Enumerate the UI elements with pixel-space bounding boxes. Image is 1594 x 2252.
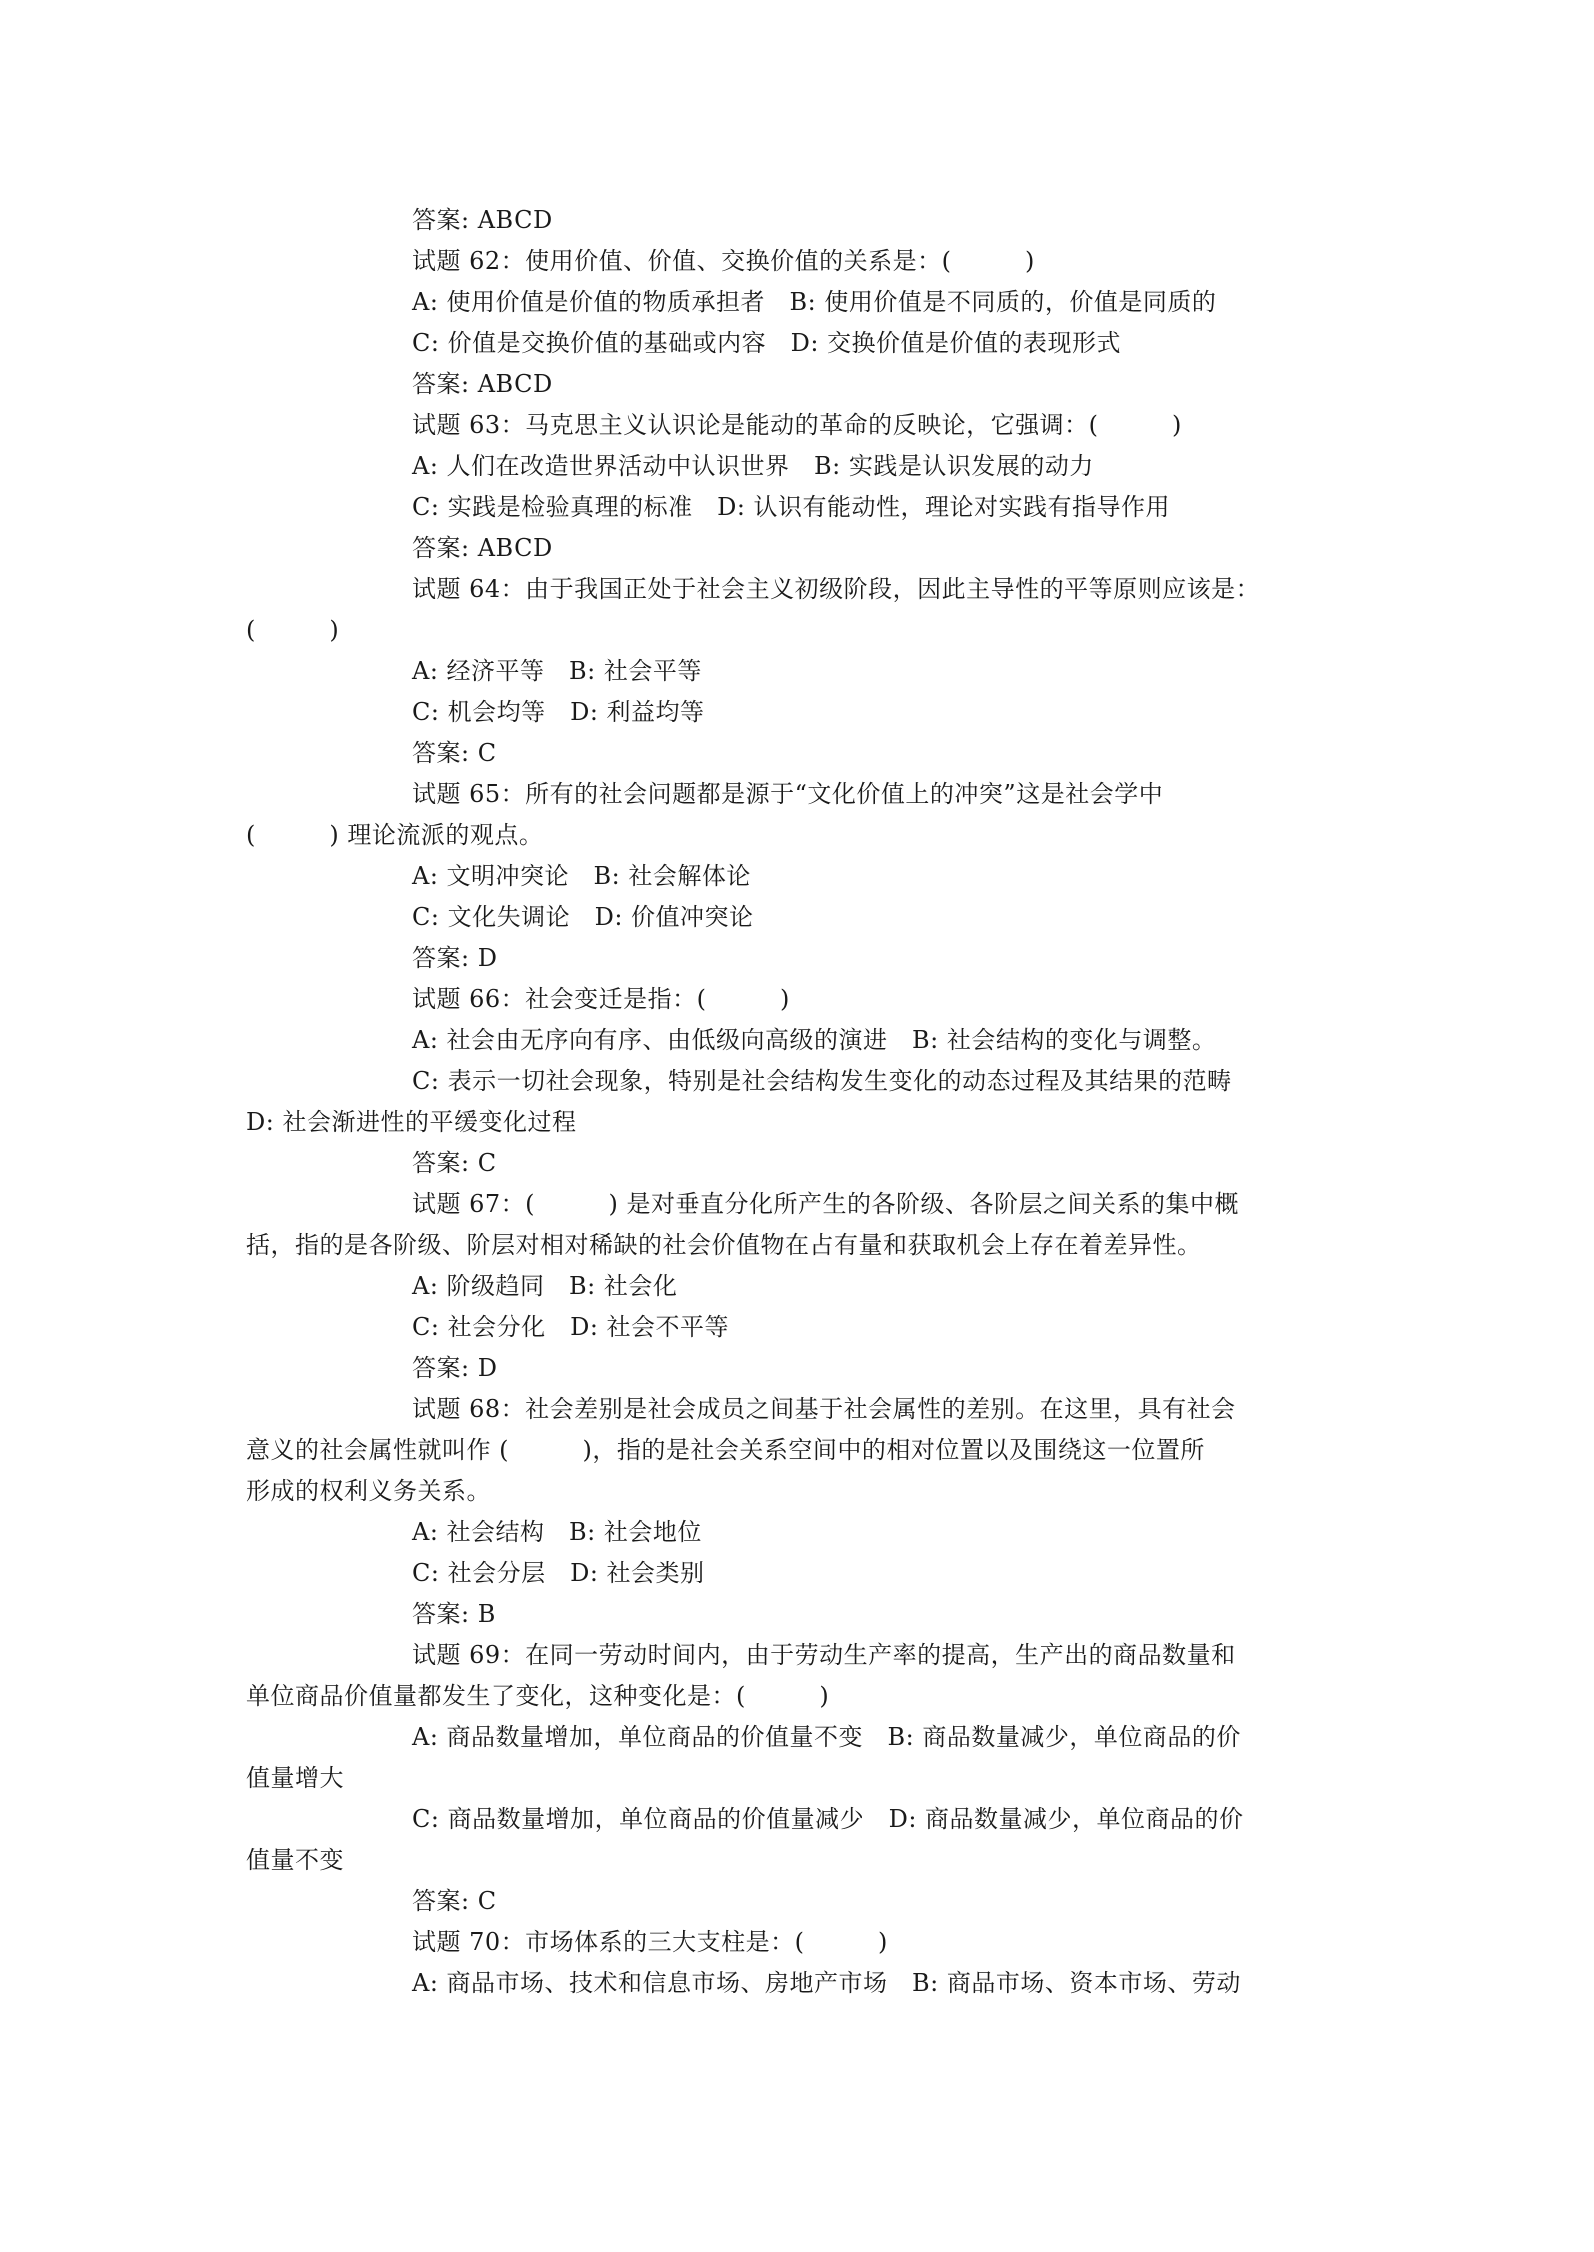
question-68-options-cd: C: 社会分层 D: 社会类别 [412, 1558, 705, 1588]
answer-64: 答案: C [412, 738, 497, 768]
question-65-cont: ( ) 理论流派的观点。 [246, 820, 543, 850]
question-65: 试题 65：所有的社会问题都是源于“文化价值上的冲突”这是社会学中 [412, 779, 1163, 809]
question-68-cont-2: 形成的权利义务关系。 [246, 1476, 491, 1506]
question-70-options-ab: A: 商品市场、技术和信息市场、房地产市场 B: 商品市场、资本市场、劳动 [412, 1968, 1241, 1998]
question-67: 试题 67：( ) 是对垂直分化所产生的各阶级、各阶层之间关系的集中概 [412, 1189, 1239, 1219]
question-66-option-d: D: 社会渐进性的平缓变化过程 [246, 1107, 576, 1137]
question-69-cont: 单位商品价值量都发生了变化，这种变化是：( ) [246, 1681, 829, 1711]
document-page: 答案: ABCD 试题 62：使用价值、价值、交换价值的关系是：( ) A: 使… [0, 0, 1594, 2252]
question-68: 试题 68：社会差别是社会成员之间基于社会属性的差别。在这里，具有社会 [412, 1394, 1236, 1424]
question-65-options-cd: C: 文化失调论 D: 价值冲突论 [412, 902, 754, 932]
answer-62: 答案: ABCD [412, 369, 553, 399]
answer-65: 答案: D [412, 943, 497, 973]
question-68-cont-1: 意义的社会属性就叫作 ( )，指的是社会关系空间中的相对位置以及围绕这一位置所 [246, 1435, 1205, 1465]
question-68-options-ab: A: 社会结构 B: 社会地位 [412, 1517, 702, 1547]
answer-67: 答案: D [412, 1353, 497, 1383]
question-63: 试题 63：马克思主义认识论是能动的革命的反映论，它强调：( ) [412, 410, 1182, 440]
question-69-options-ab-cont: 值量增大 [246, 1763, 344, 1793]
question-67-options-ab: A: 阶级趋同 B: 社会化 [412, 1271, 677, 1301]
question-66-option-c: C: 表示一切社会现象，特别是社会结构发生变化的动态过程及其结果的范畴 [412, 1066, 1232, 1096]
answer-68: 答案: B [412, 1599, 496, 1629]
question-69-options-ab: A: 商品数量增加，单位商品的价值量不变 B: 商品数量减少，单位商品的价 [412, 1722, 1241, 1752]
question-69: 试题 69：在同一劳动时间内，由于劳动生产率的提高，生产出的商品数量和 [412, 1640, 1236, 1670]
question-67-options-cd: C: 社会分化 D: 社会不平等 [412, 1312, 729, 1342]
question-65-options-ab: A: 文明冲突论 B: 社会解体论 [412, 861, 751, 891]
question-62: 试题 62：使用价值、价值、交换价值的关系是：( ) [412, 246, 1035, 276]
question-62-options-cd: C: 价值是交换价值的基础或内容 D: 交换价值是价值的表现形式 [412, 328, 1121, 358]
question-70: 试题 70：市场体系的三大支柱是：( ) [412, 1927, 888, 1957]
question-63-options-cd: C: 实践是检验真理的标准 D: 认识有能动性，理论对实践有指导作用 [412, 492, 1170, 522]
answer-66: 答案: C [412, 1148, 497, 1178]
question-64-options-ab: A: 经济平等 B: 社会平等 [412, 656, 702, 686]
question-69-options-cd-cont: 值量不变 [246, 1845, 344, 1875]
question-62-options-ab: A: 使用价值是价值的物质承担者 B: 使用价值是不同质的，价值是同质的 [412, 287, 1216, 317]
question-64-blank: ( ) [246, 615, 339, 645]
question-69-options-cd: C: 商品数量增加，单位商品的价值量减少 D: 商品数量减少，单位商品的价 [412, 1804, 1244, 1834]
answer-63: 答案: ABCD [412, 533, 553, 563]
question-63-options-ab: A: 人们在改造世界活动中认识世界 B: 实践是认识发展的动力 [412, 451, 1094, 481]
question-64: 试题 64：由于我国正处于社会主义初级阶段，因此主导性的平等原则应该是： [412, 574, 1260, 604]
question-64-options-cd: C: 机会均等 D: 利益均等 [412, 697, 705, 727]
answer-61: 答案: ABCD [412, 205, 553, 235]
question-67-cont: 括，指的是各阶级、阶层对相对稀缺的社会价值物在占有量和获取机会上存在着差异性。 [246, 1230, 1202, 1260]
answer-69: 答案: C [412, 1886, 497, 1916]
question-66-options-ab: A: 社会由无序向有序、由低级向高级的演进 B: 社会结构的变化与调整。 [412, 1025, 1216, 1055]
question-66: 试题 66：社会变迁是指：( ) [412, 984, 790, 1014]
